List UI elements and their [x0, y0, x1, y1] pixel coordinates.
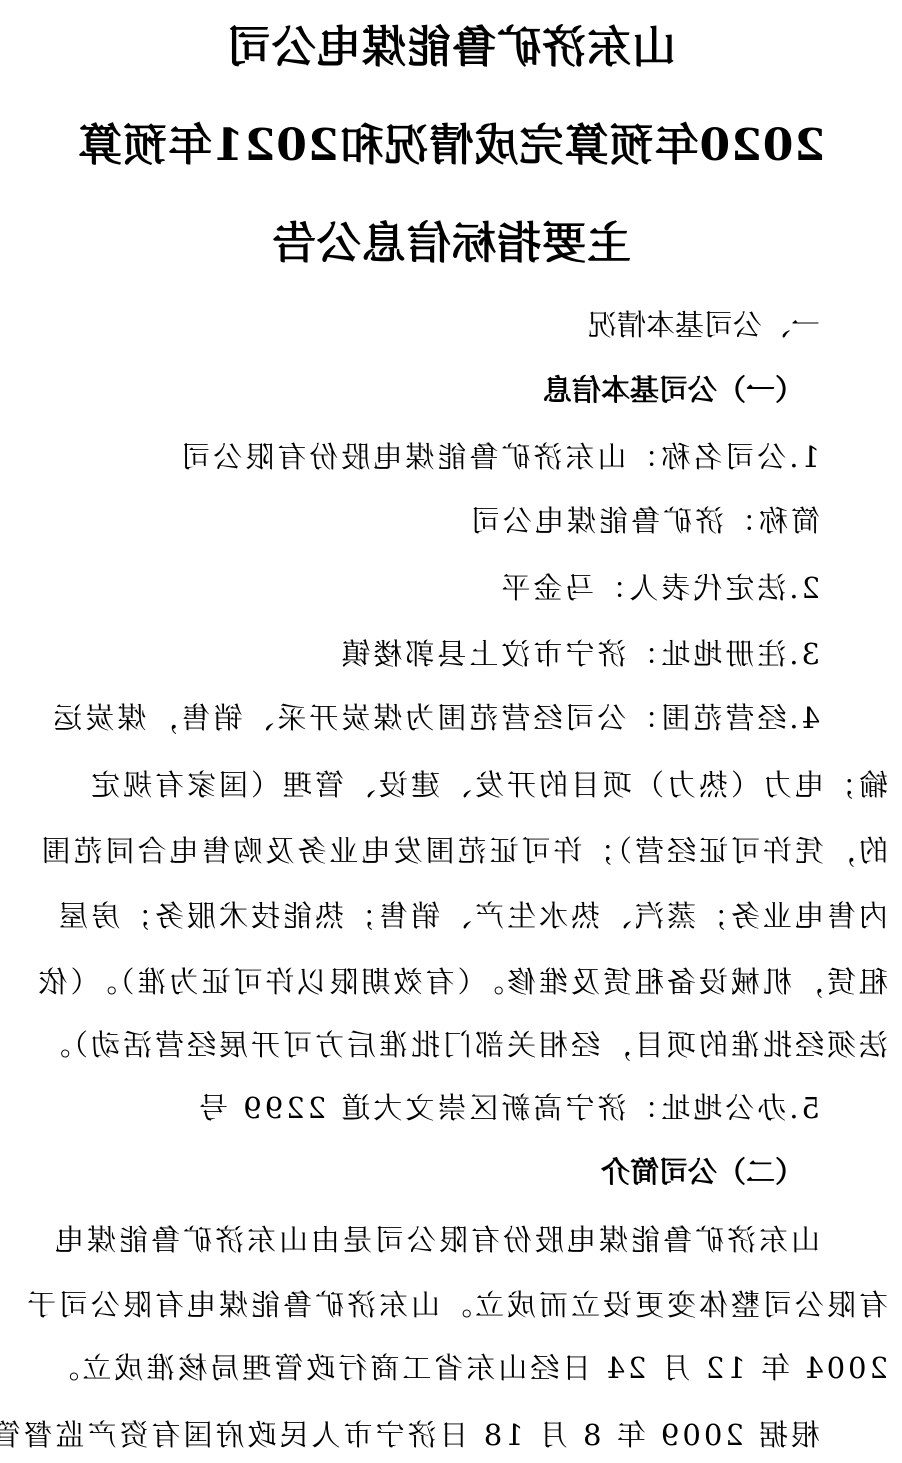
company-name-line: 1.公司名称：山东济矿鲁能煤电股份有限公司	[178, 443, 820, 472]
profile-line-2: 有限公司整体变更设立而成立。山东济矿鲁能煤电有限公司于	[24, 1291, 888, 1320]
business-scope-line-4: 内售电业务；蒸汽、热水生产、销售；热能技术服务；房屋	[56, 902, 888, 931]
registered-address-line: 3.注册地址：济宁市汶上县郭楼镇	[338, 640, 820, 669]
business-scope-line-5: 租赁，机械设备租赁及维修。（有效期限以许可证为准）。（依	[35, 968, 888, 997]
subsection-heading-basic-info: （一）公司基本信息	[543, 376, 804, 405]
legal-representative-line: 2.法定代表人：马金平	[498, 574, 820, 603]
profile-line-3: 2004 年 12 月 24 日经山东省工商行政管理局核准成立。	[47, 1354, 888, 1383]
subsection-heading-profile: （二）公司简介	[601, 1158, 804, 1187]
document-page: 山东济矿鲁能煤电公司 2020年预算完成情况和2021年预算 主要指标信息公告 …	[0, 0, 902, 1463]
business-scope-line-6: 法须经批准的项目，经相关部门批准后方可开展经营活动）。	[38, 1031, 888, 1060]
title-line-3: 主要指标信息公告	[0, 222, 902, 266]
short-name-line: 简称：济矿鲁能煤电公司	[468, 507, 820, 536]
title-line-2: 2020年预算完成情况和2021年预算	[0, 124, 902, 168]
business-scope-line-1: 4.经营范围：公司经营范围为煤炭开采、销售，煤炭运	[50, 704, 820, 733]
office-address-line: 5.办公地址：济宁高新区崇文大道 2299 号	[196, 1094, 820, 1123]
section-heading-company-basics: 一、公司基本情况	[588, 311, 820, 340]
business-scope-line-3: 的，凭许可证经营）；许可证范围发电业务及购售电合同范围	[38, 837, 888, 866]
title-line-1: 山东济矿鲁能煤电公司	[0, 26, 902, 70]
business-scope-line-2: 输；电力（热力）项目的开发、建设、管理（国家有规定	[88, 771, 888, 800]
profile-line-1: 山东济矿鲁能煤电股份有限公司是由山东济矿鲁能煤电	[52, 1226, 820, 1255]
profile-line-4: 根据 2009 年 8 月 18 日济宁市人民政府国有资产监督管	[0, 1421, 820, 1450]
